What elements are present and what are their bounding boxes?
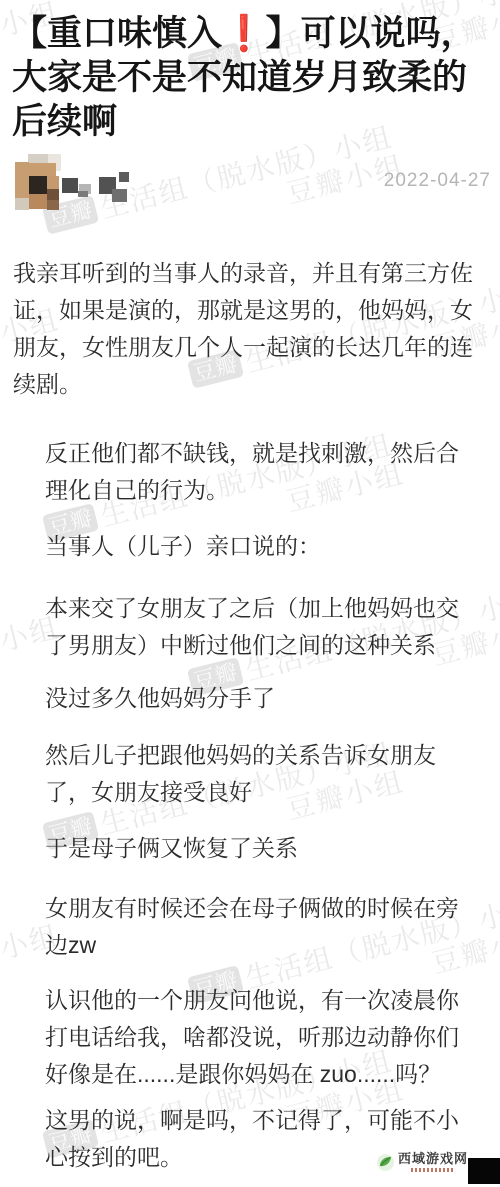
post-screenshot: 豆瓣小组豆瓣生活组（脱水版）小组豆瓣小组豆瓣生活组（脱水版）小组豆瓣小组豆瓣生活…	[0, 0, 500, 1187]
post-paragraph: 没过多久他妈妈分手了	[45, 680, 472, 717]
post-paragraph: 我亲耳听到的当事人的录音，并且有第三方佐证，如果是演的，那就是这男的，他妈妈，女…	[13, 255, 486, 403]
footer-site-logo: 西域游戏网	[372, 1142, 468, 1182]
post-paragraph: 女朋友有时候还会在母子俩做的时候在旁边zw	[45, 890, 472, 964]
avatar	[15, 154, 61, 210]
post-paragraph: 本来交了女朋友了之后（加上他妈妈也交了男朋友）中断过他们之间的这种关系	[45, 590, 472, 664]
post-content: 【重口味慎入❗】可以说吗，大家是不是不知道岁月致柔的后续啊	[0, 0, 500, 1187]
post-meta-row: 2022-04-27	[0, 154, 500, 212]
post-paragraph: 然后儿子把跟他妈妈的关系告诉女朋友了，女朋友接受良好	[45, 737, 472, 811]
black-redaction-box	[468, 1158, 500, 1184]
footer-site-name: 西域游戏网	[398, 1152, 468, 1166]
red-exclamation-icon: ❗	[222, 14, 266, 53]
footer-logo-tagline	[411, 1168, 455, 1172]
post-paragraph: 于是母子俩又恢复了关系	[45, 830, 472, 867]
post-title-prefix: 【重口味慎入	[12, 14, 222, 53]
username-censored-mosaic	[62, 174, 134, 204]
leaf-icon	[376, 1153, 395, 1172]
post-paragraph: 反正他们都不缺钱，就是找刺激，然后合理化自己的行为。	[45, 435, 472, 509]
post-title: 【重口味慎入❗】可以说吗，大家是不是不知道岁月致柔的后续啊	[12, 12, 492, 144]
post-date: 2022-04-27	[384, 170, 491, 192]
post-paragraph: 当事人（儿子）亲口说的：	[45, 528, 472, 565]
footer-text-stack: 西域游戏网	[398, 1152, 468, 1172]
post-paragraph: 认识他的一个朋友问他说，有一次凌晨你打电话给我，啥都没说，听那边动静你们好像是在…	[45, 982, 472, 1093]
